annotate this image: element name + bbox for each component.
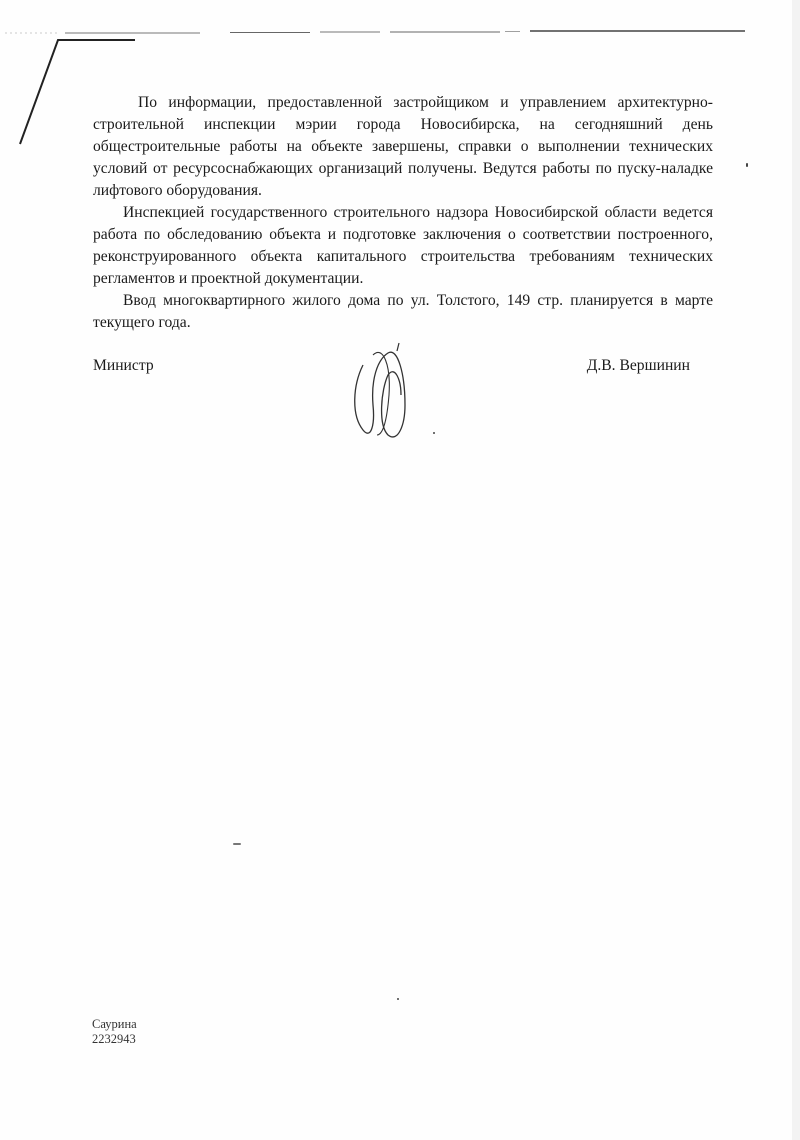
scan-speck [397, 998, 399, 1000]
scan-speck [433, 432, 435, 434]
signer-title: Министр [93, 357, 154, 375]
scan-edge [792, 0, 800, 1140]
document-page: По информации, предоставленной застройщи… [0, 0, 800, 1140]
executor-name: Саурина [92, 1017, 137, 1032]
paragraph-3: Ввод многоквартирного жилого дома по ул.… [93, 290, 713, 334]
executor-phone: 2232943 [92, 1032, 137, 1047]
letter-body: По информации, предоставленной застройщи… [93, 92, 713, 334]
scan-speck [233, 843, 241, 845]
paragraph-1: По информации, предоставленной застройщи… [93, 92, 713, 202]
executor-note: Саурина 2232943 [92, 1017, 137, 1047]
handwritten-signature-icon [343, 335, 453, 445]
signer-name: Д.В. Вершинин [587, 357, 690, 375]
scan-speck [746, 163, 748, 167]
paragraph-2: Инспекцией государственного строительног… [93, 202, 713, 290]
signature-block: Министр Д.В. Вершинин [93, 357, 713, 467]
